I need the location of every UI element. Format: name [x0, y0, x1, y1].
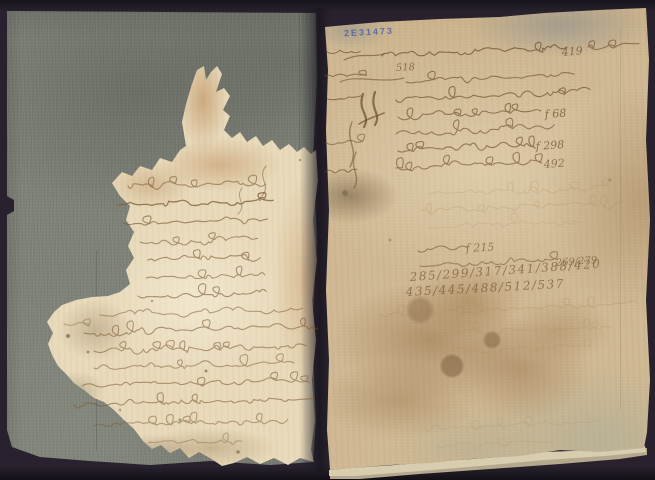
- scanned-manuscript: 2E31473 419518f 68f 298492f 215269/27928…: [0, 0, 655, 480]
- page-crease: [620, 30, 621, 410]
